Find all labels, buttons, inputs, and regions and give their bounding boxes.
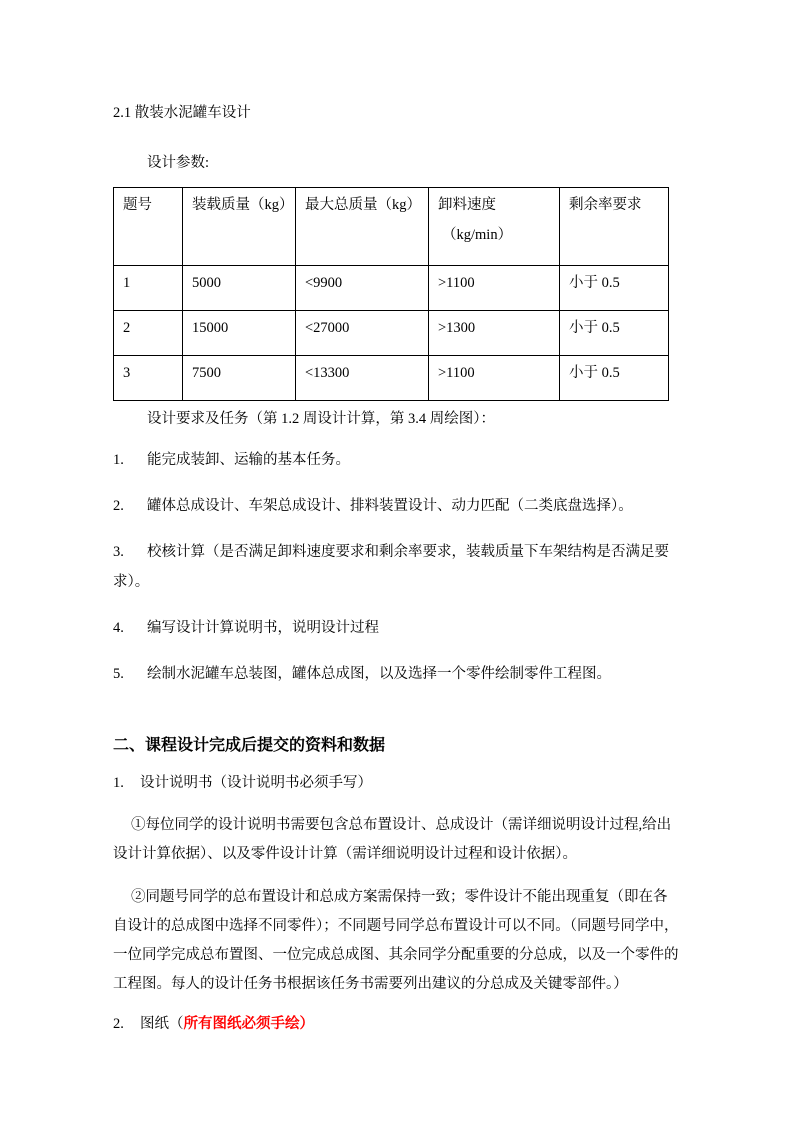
table-cell: 1 (114, 265, 183, 310)
table-cell: <13300 (296, 355, 429, 400)
item-text: 编写设计计算说明书，说明设计过程 (147, 620, 379, 636)
design-parameters-table: 题号 装载质量（kg） 最大总质量（kg） 卸料速度 （kg/min） 剩余率要… (113, 187, 669, 401)
table-cell: 小于 0.5 (560, 265, 669, 310)
item-number: 4. (113, 613, 147, 643)
table-cell: <9900 (296, 265, 429, 310)
table-cell: 5000 (183, 265, 296, 310)
item-number: 2. (113, 1014, 140, 1034)
item-text: 能完成装卸、运输的基本任务。 (147, 452, 350, 468)
header-unload-rate-label: 卸料速度 (438, 195, 553, 216)
item-text: 绘制水泥罐车总装图，罐体总成图，以及选择一个零件绘制零件工程图。 (147, 666, 611, 682)
item-number: 1. (113, 773, 140, 793)
table-cell: >1100 (429, 355, 560, 400)
requirement-item-3: 3.校核计算（是否满足卸料速度要求和剩余率要求，装载质量下车架结构是否满足要求）… (113, 537, 680, 597)
table-cell: >1100 (429, 265, 560, 310)
table-cell: 7500 (183, 355, 296, 400)
header-cell-load-mass: 装载质量（kg） (183, 187, 296, 265)
header-cell-unload-rate: 卸料速度 （kg/min） (429, 187, 560, 265)
item-text: 设计说明书（设计说明书必须手写） (140, 775, 372, 791)
item-number: 5. (113, 659, 147, 689)
requirement-item-2: 2.罐体总成设计、车架总成设计、排料装置设计、动力匹配（二类底盘选择）。 (113, 491, 680, 521)
table-cell: 15000 (183, 310, 296, 355)
item-number: 3. (113, 537, 147, 567)
item-text: 罐体总成设计、车架总成设计、排料装置设计、动力匹配（二类底盘选择）。 (147, 498, 633, 514)
deliverable-item-1: 1.设计说明书（设计说明书必须手写） (113, 773, 680, 793)
table-row: 2 15000 <27000 >1300 小于 0.5 (114, 310, 669, 355)
deliverable-item-2: 2.图纸（所有图纸必须手绘） (113, 1014, 680, 1034)
table-cell: 2 (114, 310, 183, 355)
header-cell-residual-rate: 剩余率要求 (560, 187, 669, 265)
note-paragraph-2: ②同题号同学的总布置设计和总成方案需保持一致；零件设计不能出现重复（即在各自设计… (113, 883, 680, 999)
table-cell: 小于 0.5 (560, 355, 669, 400)
requirements-intro: 设计要求及任务（第 1.2 周设计计算，第 3.4 周绘图）： (113, 409, 680, 429)
item-number: 1. (113, 445, 147, 475)
table-row: 3 7500 <13300 >1100 小于 0.5 (114, 355, 669, 400)
table-row: 1 5000 <9900 >1100 小于 0.5 (114, 265, 669, 310)
document-page: 2.1 散装水泥罐车设计 设计参数: 题号 装载质量（kg） 最大总质量（kg）… (0, 0, 794, 1123)
requirement-item-5: 5.绘制水泥罐车总装图，罐体总成图，以及选择一个零件绘制零件工程图。 (113, 659, 680, 689)
section-title: 2.1 散装水泥罐车设计 (113, 0, 680, 122)
table-cell: 3 (114, 355, 183, 400)
design-parameters-label: 设计参数: (113, 154, 680, 172)
header-unload-rate-unit: （kg/min） (438, 225, 553, 246)
header-cell-topic-number: 题号 (114, 187, 183, 265)
table-cell: >1300 (429, 310, 560, 355)
header-cell-max-total-mass: 最大总质量（kg） (296, 187, 429, 265)
item-text: 校核计算（是否满足卸料速度要求和剩余率要求，装载质量下车架结构是否满足要求）。 (113, 544, 669, 590)
requirement-item-1: 1.能完成装卸、运输的基本任务。 (113, 445, 680, 475)
handdrawn-required-red-text: 所有图纸必须手绘） (184, 1016, 315, 1032)
note-paragraph-1: ①每位同学的设计说明书需要包含总布置设计、总成设计（需详细说明设计过程,给出设计… (113, 811, 680, 869)
section-2-heading: 二、课程设计完成后提交的资料和数据 (113, 735, 680, 757)
table-cell: 小于 0.5 (560, 310, 669, 355)
table-cell: <27000 (296, 310, 429, 355)
document-content: 2.1 散装水泥罐车设计 设计参数: 题号 装载质量（kg） 最大总质量（kg）… (113, 0, 680, 1034)
table-header-row: 题号 装载质量（kg） 最大总质量（kg） 卸料速度 （kg/min） 剩余率要… (114, 187, 669, 265)
item-number: 2. (113, 491, 147, 521)
item-text: 图纸（ (140, 1016, 184, 1032)
requirement-item-4: 4.编写设计计算说明书，说明设计过程 (113, 613, 680, 643)
